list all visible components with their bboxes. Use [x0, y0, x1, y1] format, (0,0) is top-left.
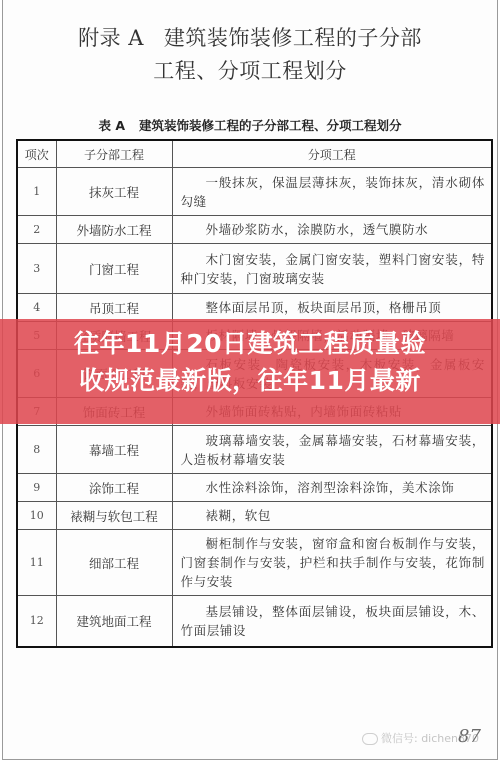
sub-division-name: 外墙防水工程	[56, 216, 172, 244]
appendix-title-line2: 工程、分项工程划分	[0, 55, 500, 88]
sub-division-name: 涂饰工程	[56, 474, 172, 502]
appendix-title-text: 建筑装饰装修工程的子分部	[164, 26, 422, 50]
table-caption-text: 建筑装饰装修工程的子分部工程、分项工程划分	[139, 118, 402, 133]
row-number: 2	[17, 216, 56, 244]
row-number: 8	[17, 426, 56, 474]
sub-items-text: 裱糊，软包	[172, 502, 492, 530]
sub-items-text: 水性涂料涂饰，溶剂型涂料涂饰，美术涂饰	[172, 474, 492, 502]
appendix-title-line1: 附录 A建筑装饰装修工程的子分部	[0, 22, 500, 55]
table-row: 3 门窗工程 木门窗安装，金属门窗安装，塑料门窗安装，特种门安装，门窗玻璃安装	[17, 244, 492, 294]
headline-line2: 收规范最新版，往年11月最新	[0, 362, 500, 399]
row-number: 1	[17, 168, 56, 216]
row-number: 3	[17, 244, 56, 294]
table-row: 10 裱糊与软包工程 裱糊，软包	[17, 502, 492, 530]
table-header-row: 项次 子分部工程 分项工程	[17, 140, 492, 168]
sub-items-text: 整体面层吊顶，板块面层吊顶，格栅吊顶	[172, 294, 492, 322]
sub-division-name: 幕墙工程	[56, 426, 172, 474]
sub-division-name: 吊顶工程	[56, 294, 172, 322]
headline-text: 往年11月20日建筑工程质量验 收规范最新版，往年11月最新	[0, 325, 500, 399]
table-row: 12 建筑地面工程 基层铺设，整体面层铺设，板块面层铺设，木、竹面层铺设	[17, 596, 492, 647]
row-number: 12	[17, 596, 56, 647]
table-caption: 表 A建筑装饰装修工程的子分部工程、分项工程划分	[0, 116, 500, 134]
sub-items-text: 橱柜制作与安装，窗帘盒和窗台板制作与安装，门窗套制作与安装，护栏和扶手制作与安装…	[172, 530, 492, 596]
header-sub-items: 分项工程	[172, 140, 492, 168]
table-row: 9 涂饰工程 水性涂料涂饰，溶剂型涂料涂饰，美术涂饰	[17, 474, 492, 502]
sub-division-name: 细部工程	[56, 530, 172, 596]
header-sub-division: 子分部工程	[56, 140, 172, 168]
wechat-icon	[362, 733, 378, 745]
sub-division-name: 抹灰工程	[56, 168, 172, 216]
appendix-label: 附录 A	[78, 26, 144, 50]
sub-division-name: 门窗工程	[56, 244, 172, 294]
sub-items-text: 玻璃幕墙安装，金属幕墙安装，石材幕墙安装，人造板材幕墙安装	[172, 426, 492, 474]
page-number: 87	[458, 726, 481, 747]
sub-division-name: 建筑地面工程	[56, 596, 172, 647]
row-number: 11	[17, 530, 56, 596]
sub-items-text: 基层铺设，整体面层铺设，板块面层铺设，木、竹面层铺设	[172, 596, 492, 647]
table-row: 1 抹灰工程 一般抹灰，保温层薄抹灰，装饰抹灰，清水砌体勾缝	[17, 168, 492, 216]
table-row: 11 细部工程 橱柜制作与安装，窗帘盒和窗台板制作与安装，门窗套制作与安装，护栏…	[17, 530, 492, 596]
table-row: 4 吊顶工程 整体面层吊顶，板块面层吊顶，格栅吊顶	[17, 294, 492, 322]
row-number: 9	[17, 474, 56, 502]
header-item-no: 项次	[17, 140, 56, 168]
sub-items-text: 一般抹灰，保温层薄抹灰，装饰抹灰，清水砌体勾缝	[172, 168, 492, 216]
headline-line1: 往年11月20日建筑工程质量验	[0, 325, 500, 362]
row-number: 4	[17, 294, 56, 322]
row-number: 10	[17, 502, 56, 530]
sub-division-name: 裱糊与软包工程	[56, 502, 172, 530]
sub-items-text: 木门窗安装，金属门窗安装，塑料门窗安装，特种门安装，门窗玻璃安装	[172, 244, 492, 294]
table-caption-label: 表 A	[98, 118, 125, 133]
table-row: 2 外墙防水工程 外墙砂浆防水，涂膜防水，透气膜防水	[17, 216, 492, 244]
appendix-title: 附录 A建筑装饰装修工程的子分部 工程、分项工程划分	[0, 22, 500, 88]
table-row: 8 幕墙工程 玻璃幕墙安装，金属幕墙安装，石材幕墙安装，人造板材幕墙安装	[17, 426, 492, 474]
sub-items-text: 外墙砂浆防水，涂膜防水，透气膜防水	[172, 216, 492, 244]
